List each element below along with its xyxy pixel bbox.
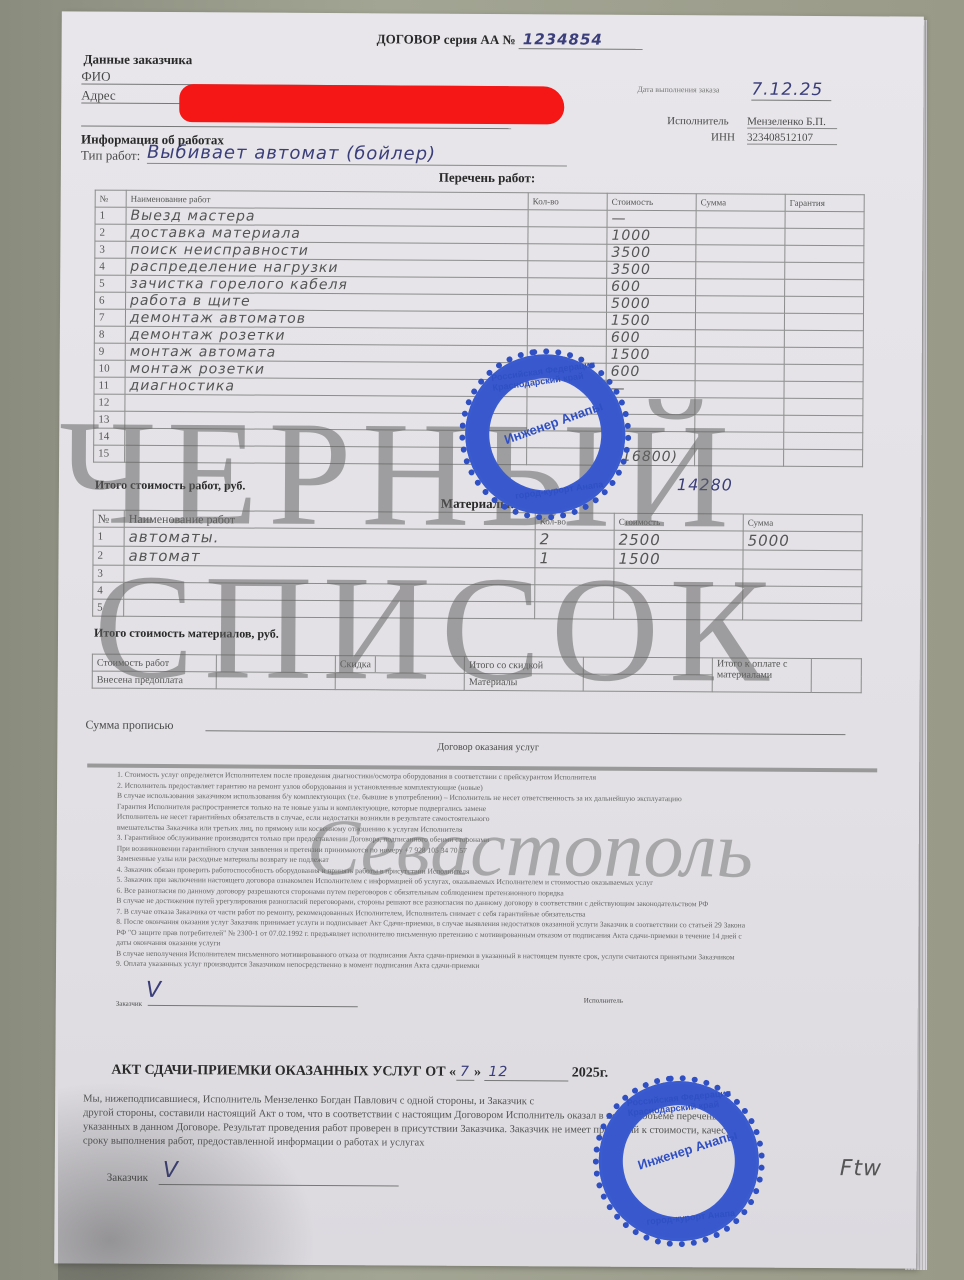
work-cost: 3500 — [607, 244, 696, 262]
works-heading: Перечень работ: — [439, 170, 535, 187]
row-number: 9 — [94, 343, 125, 360]
work-warranty — [785, 245, 864, 262]
act-title: АКТ СДАЧИ-ПРИЕМКИ ОКАЗАННЫХ УСЛУГ ОТ «7»… — [111, 1062, 608, 1082]
work-cost: 1500 — [606, 312, 695, 330]
redaction-mark — [179, 84, 564, 124]
work-qty — [528, 278, 607, 295]
row-number: 7 — [94, 309, 125, 326]
work-name: демонтаж розетки — [125, 326, 527, 345]
work-name: монтаж автомата — [125, 343, 527, 362]
work-cost: 600 — [607, 278, 696, 296]
terms-customer-mark: V — [146, 978, 162, 1003]
row-number: 4 — [95, 258, 126, 275]
terms-executor-sign: Исполнитель — [584, 997, 623, 1005]
work-sum — [696, 279, 785, 297]
address-line-2 — [81, 125, 511, 129]
works-column-header: Стоимость — [607, 193, 696, 211]
terms-heading: Договор оказания услуг — [437, 742, 539, 754]
row-number: 5 — [95, 275, 126, 292]
stamp-bottom-text: город-курорт Анапа — [646, 1208, 735, 1227]
terms-customer-sign: Заказчик — [116, 1000, 142, 1008]
work-qty — [528, 210, 607, 227]
work-name: распределение нагрузки — [126, 258, 528, 277]
stamp-outer-text: Российская Федерация Краснодарский край — [626, 1086, 753, 1118]
work-warranty — [785, 228, 864, 245]
work-name: доставка материала — [126, 224, 528, 243]
work-warranty — [784, 398, 863, 415]
work-name: монтаж розетки — [125, 360, 527, 379]
materials-column-header: Сумма — [743, 514, 862, 532]
terms-line: даты окончания оказания услуги — [116, 938, 220, 949]
terms-line: Замененные узлы или расходные материалы … — [117, 854, 329, 865]
works-column-header: Кол-во — [528, 193, 607, 210]
work-qty — [528, 295, 607, 312]
work-name: демонтаж автоматов — [125, 309, 527, 328]
row-number: 3 — [95, 241, 126, 258]
row-number: 2 — [95, 224, 126, 241]
work-sum — [696, 211, 785, 229]
terms-text: 1. Стоимость услуг определяется Исполнит… — [62, 11, 924, 16]
work-sum — [696, 262, 785, 280]
work-warranty — [785, 296, 864, 313]
stamp-outer-text: Российская Федерация Краснодарский край — [491, 356, 619, 393]
executor-label: Исполнитель — [667, 115, 729, 127]
terms-customer-line — [148, 1005, 358, 1007]
stamp-bottom-text: город-курорт Анапа — [515, 479, 604, 501]
work-cost: 5000 — [607, 295, 696, 313]
work-warranty — [784, 415, 863, 432]
work-warranty — [785, 211, 864, 228]
row-number: 8 — [94, 326, 125, 343]
work-warranty — [785, 279, 864, 296]
amount-words-line — [205, 730, 845, 735]
terms-line: 9. Оплата указанных услуг производится З… — [116, 959, 479, 971]
watermark-city: Севастополь — [306, 803, 753, 897]
address-label: Адрес — [81, 87, 115, 103]
work-qty — [528, 244, 607, 261]
photo-shadow — [58, 1080, 318, 1280]
works-column-header: Гарантия — [785, 194, 864, 211]
work-name: поиск неисправности — [126, 241, 528, 260]
row-number: 6 — [95, 292, 126, 309]
fio-label: ФИО — [81, 68, 110, 84]
work-sum — [696, 296, 785, 314]
contract-number: 1234854 — [519, 30, 643, 50]
work-warranty — [784, 330, 863, 347]
act-text: Мы, нижеподписавшиеся, Исполнитель Мензе… — [62, 11, 924, 16]
work-cost: 600 — [606, 363, 695, 381]
executor-value: Мензеленко Б.П. — [747, 116, 837, 130]
work-qty — [528, 261, 607, 278]
executor-signature: Ftw — [840, 1156, 882, 1181]
work-warranty — [785, 262, 864, 279]
work-cost: 1500 — [606, 346, 695, 364]
work-warranty — [784, 449, 863, 466]
act-month: 12 — [484, 1064, 568, 1082]
work-warranty — [784, 347, 863, 364]
customer-section-label: Данные заказчика — [83, 52, 192, 69]
date-label: Дата выполнения заказа — [637, 85, 719, 95]
summary-total-payment-value — [811, 658, 861, 692]
work-name: зачистка горелого кабеля — [126, 275, 528, 294]
watermark-blacklist-line1: ЧЕРНЫЙ — [59, 397, 740, 551]
work-warranty — [784, 381, 863, 398]
stamp-center-text: Инженер Анапы — [502, 398, 605, 447]
contract-title-text: ДОГОВОР серия АА № — [377, 31, 516, 47]
seal-stamp-bottom: Российская Федерация Краснодарский край … — [585, 1067, 773, 1255]
work-qty — [527, 312, 606, 329]
act-day: 7 — [456, 1064, 474, 1081]
work-name: работа в щите — [126, 292, 528, 311]
work-sum — [695, 347, 784, 365]
works-column-header: Сумма — [696, 194, 785, 212]
act-title-text: АКТ СДАЧИ-ПРИЕМКИ ОКАЗАННЫХ УСЛУГ ОТ — [111, 1063, 445, 1080]
work-sum — [696, 228, 785, 246]
watermark-blacklist-line2: СПИСОК — [94, 552, 780, 706]
stamp-center-text: Инженер Анапы — [636, 1127, 739, 1173]
work-sum — [695, 313, 784, 331]
work-sum — [695, 330, 784, 348]
row-number: 10 — [94, 360, 125, 377]
work-name: Выезд мастера — [126, 207, 528, 226]
work-qty — [528, 227, 607, 244]
work-warranty — [784, 432, 863, 449]
amount-words-label: Сумма прописью — [85, 718, 173, 734]
work-cost: — — [607, 210, 696, 228]
contract-title: ДОГОВОР серия АА № 1234854 — [377, 29, 643, 49]
inn-value: 323408512107 — [747, 132, 837, 146]
works-column-header: № — [95, 190, 126, 207]
work-qty — [527, 329, 606, 346]
inn-label: ИНН — [711, 131, 735, 143]
date-value: 7.12.25 — [751, 80, 831, 101]
work-cost: 1000 — [607, 227, 696, 245]
row-number: 1 — [95, 207, 126, 224]
act-year: 2025г. — [572, 1066, 608, 1081]
work-warranty — [784, 364, 863, 381]
work-cost: 3500 — [607, 261, 696, 279]
work-sum — [695, 364, 784, 382]
work-type-label: Тип работ: — [81, 147, 140, 163]
work-sum — [696, 245, 785, 263]
work-cost: 600 — [606, 329, 695, 347]
work-type-value: Выбивает автомат (бойлер) — [147, 142, 567, 167]
work-warranty — [784, 313, 863, 330]
